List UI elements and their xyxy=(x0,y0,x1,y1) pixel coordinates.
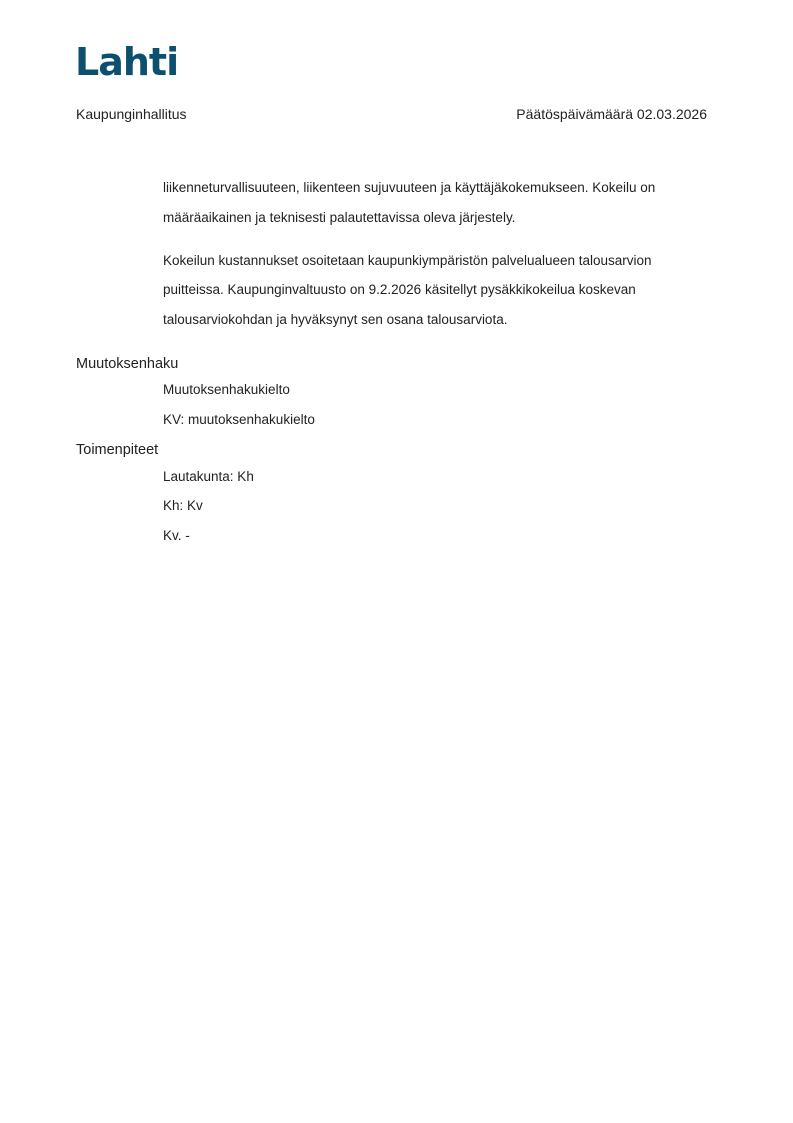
section-item: Kh: Kv xyxy=(163,498,203,513)
paragraph-line: määräaikainen ja teknisesti palautettavi… xyxy=(163,210,515,225)
section-item: Lautakunta: Kh xyxy=(163,469,254,484)
paragraph-line: talousarviokohdan ja hyväksynyt sen osan… xyxy=(163,312,507,327)
section-item: Muutoksenhakukielto xyxy=(163,382,290,397)
lahti-logo: Lahti xyxy=(75,40,178,84)
section-item: KV: muutoksenhakukielto xyxy=(163,412,315,427)
paragraph-line: liikenneturvallisuuteen, liikenteen suju… xyxy=(163,180,655,195)
paragraph-line: Kokeilun kustannukset osoitetaan kaupunk… xyxy=(163,253,652,268)
paragraph-line: puitteissa. Kaupunginvaltuusto on 9.2.20… xyxy=(163,282,636,297)
decision-date: Päätöspäivämäärä 02.03.2026 xyxy=(516,106,707,122)
organ-name: Kaupunginhallitus xyxy=(76,106,187,122)
section-heading: Toimenpiteet xyxy=(76,442,158,458)
section-item: Kv. - xyxy=(163,528,190,543)
section-heading: Muutoksenhaku xyxy=(76,356,178,372)
